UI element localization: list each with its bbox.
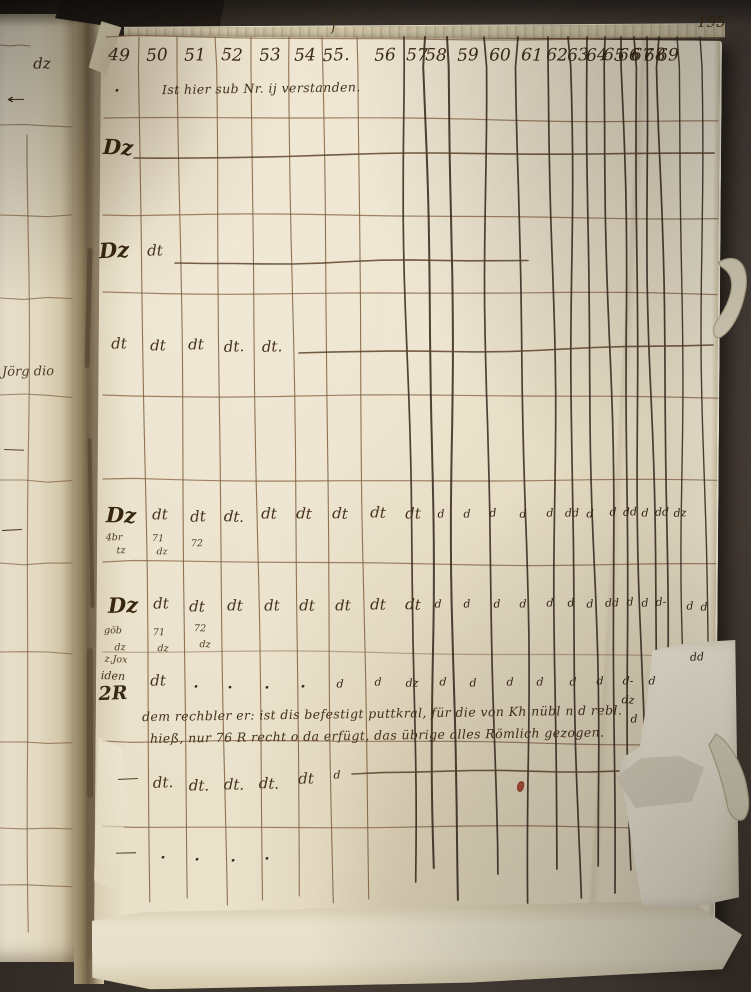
facing-page	[0, 14, 76, 962]
manuscript-scan: 195 49505152535455.565758596061626364656…	[0, 0, 751, 992]
parchment-repair-strip	[92, 900, 742, 989]
binding-damage	[87, 648, 93, 798]
ledger-page	[94, 36, 722, 963]
binding-damage	[88, 438, 95, 608]
binding-damage	[84, 248, 92, 368]
